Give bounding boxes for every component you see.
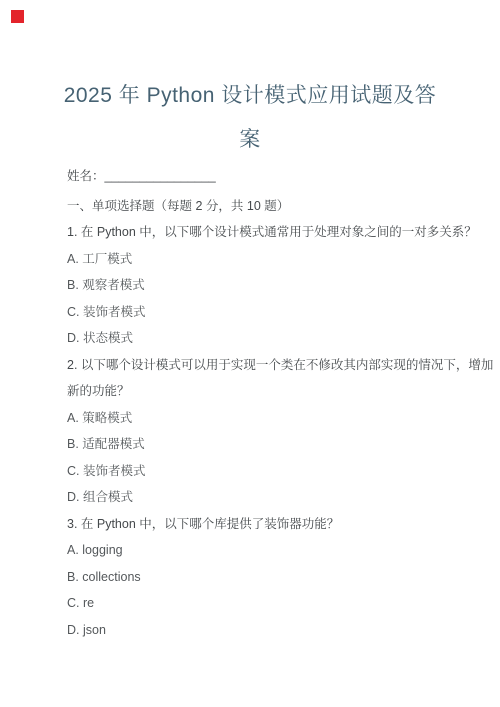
question-2-option-D: D. 组合模式 bbox=[67, 484, 445, 511]
question-2-text: 2. 以下哪个设计模式可以用于实现一个类在不修改其内部实现的情况下，增加 bbox=[67, 352, 445, 379]
question-1-text: 1. 在 Python 中，以下哪个设计模式通常用于处理对象之间的一对多关系？ bbox=[67, 219, 445, 246]
question-3-option-B: B. collections bbox=[67, 564, 445, 591]
section-header: 一、单项选择题（每题 2 分，共 10 题） bbox=[67, 193, 445, 220]
page-title: 2025 年 Python 设计模式应用试题及答 案 bbox=[34, 74, 466, 162]
question-3-option-A: A. logging bbox=[67, 537, 445, 564]
questions: 1. 在 Python 中，以下哪个设计模式通常用于处理对象之间的一对多关系？A… bbox=[67, 219, 445, 643]
name-blank-line: ________________ bbox=[105, 169, 216, 183]
question-2-option-B: B. 适配器模式 bbox=[67, 431, 445, 458]
question-2-text-continued: 新的功能？ bbox=[67, 378, 445, 405]
question-1-option-D: D. 状态模式 bbox=[67, 325, 445, 352]
document-body: 姓名：________________ 一、单项选择题（每题 2 分，共 10 … bbox=[67, 163, 445, 643]
question-3-option-D: D. json bbox=[67, 617, 445, 644]
question-1-option-B: B. 观察者模式 bbox=[67, 272, 445, 299]
question-2-option-C: C. 装饰者模式 bbox=[67, 458, 445, 485]
question-3-text: 3. 在 Python 中，以下哪个库提供了装饰器功能？ bbox=[67, 511, 445, 538]
red-square-marker bbox=[11, 10, 24, 23]
question-3-option-C: C. re bbox=[67, 590, 445, 617]
page-title-line-1: 2025 年 Python 设计模式应用试题及答 bbox=[34, 74, 466, 118]
page-title-line-2: 案 bbox=[34, 118, 466, 162]
question-1-option-C: C. 装饰者模式 bbox=[67, 299, 445, 326]
name-field: 姓名：________________ bbox=[67, 163, 445, 190]
question-1-option-A: A. 工厂模式 bbox=[67, 246, 445, 273]
name-field-label: 姓名： bbox=[67, 169, 105, 183]
question-2-option-A: A. 策略模式 bbox=[67, 405, 445, 432]
